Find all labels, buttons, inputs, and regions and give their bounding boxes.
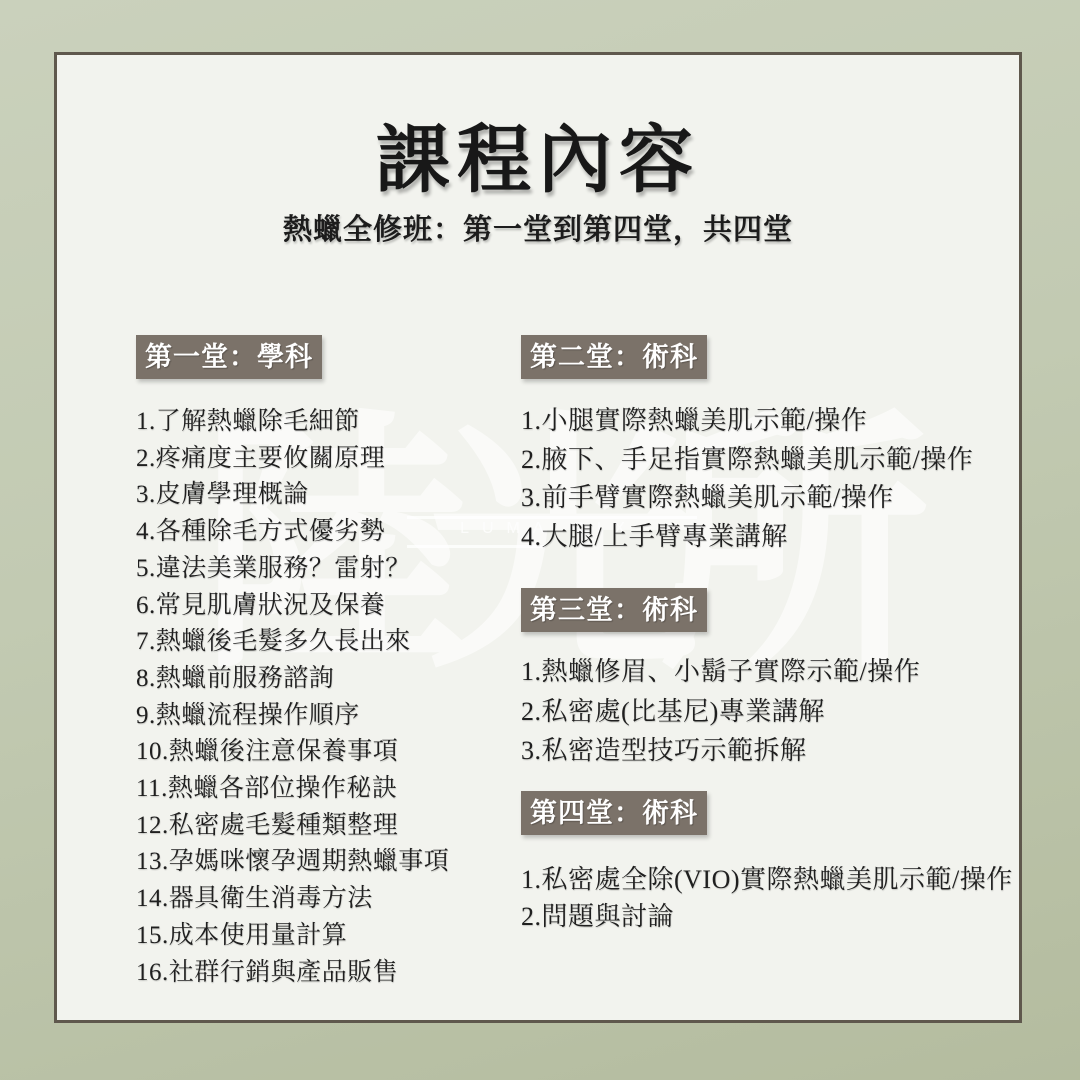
list-item: 15.成本使用量計算 bbox=[136, 918, 508, 955]
lesson-3-section: 第三堂：術科 1.熱蠟修眉、小鬍子實際示範/操作 2.私密處(比基尼)專業講解 … bbox=[521, 588, 991, 771]
lesson-4-header-badge: 第四堂：術科 bbox=[521, 791, 707, 835]
lesson-3-header-badge: 第三堂：術科 bbox=[521, 588, 707, 632]
list-item: 12.私密處毛髮種類整理 bbox=[136, 808, 508, 845]
list-item: 3.前手臂實際熱蠟美肌示範/操作 bbox=[521, 479, 991, 518]
list-item: 3.皮膚學理概論 bbox=[136, 477, 508, 514]
list-item: 1.私密處全除(VIO)實際熱蠟美肌示範/操作 bbox=[521, 861, 991, 898]
list-item: 16.社群行銷與產品販售 bbox=[136, 955, 508, 992]
list-item: 1.了解熱蠟除毛細節 bbox=[136, 404, 508, 441]
list-item: 2.問題與討論 bbox=[521, 898, 991, 935]
list-item: 4.各種除毛方式優劣勢 bbox=[136, 514, 508, 551]
poster-background: { "poster": { "title": "課程內容", "subtitle… bbox=[0, 0, 1080, 1080]
page-subtitle: 熱蠟全修班：第一堂到第四堂，共四堂 bbox=[57, 207, 1019, 248]
list-item: 5.違法美業服務？雷射？ bbox=[136, 551, 508, 588]
list-item: 2.腋下、手足指實際熱蠟美肌示範/操作 bbox=[521, 441, 991, 480]
list-item: 8.熱蠟前服務諮詢 bbox=[136, 661, 508, 698]
lesson-1-section: 第一堂：學科 1.了解熱蠟除毛細節 2.疼痛度主要攸關原理 3.皮膚學理概論 4… bbox=[136, 335, 508, 991]
lesson-4-item-list: 1.私密處全除(VIO)實際熱蠟美肌示範/操作 2.問題與討論 bbox=[521, 861, 991, 935]
list-item: 9.熱蠟流程操作順序 bbox=[136, 698, 508, 735]
lesson-3-item-list: 1.熱蠟修眉、小鬍子實際示範/操作 2.私密處(比基尼)專業講解 3.私密造型技… bbox=[521, 652, 991, 771]
list-item: 2.私密處(比基尼)專業講解 bbox=[521, 692, 991, 732]
list-item: 7.熱蠟後毛髮多久長出來 bbox=[136, 624, 508, 661]
list-item: 11.熱蠟各部位操作秘訣 bbox=[136, 771, 508, 808]
lesson-1-header-badge: 第一堂：學科 bbox=[136, 335, 322, 379]
lesson-2-header-badge: 第二堂：術科 bbox=[521, 335, 707, 379]
list-item: 13.孕媽咪懷孕週期熱蠟事項 bbox=[136, 844, 508, 881]
lesson-4-section: 第四堂：術科 1.私密處全除(VIO)實際熱蠟美肌示範/操作 2.問題與討論 bbox=[521, 791, 991, 935]
list-item: 1.小腿實際熱蠟美肌示範/操作 bbox=[521, 402, 991, 441]
list-item: 1.熱蠟修眉、小鬍子實際示範/操作 bbox=[521, 652, 991, 692]
lesson-2-section: 第二堂：術科 1.小腿實際熱蠟美肌示範/操作 2.腋下、手足指實際熱蠟美肌示範/… bbox=[521, 335, 991, 556]
list-item: 4.大腿/上手臂專業講解 bbox=[521, 518, 991, 557]
list-item: 14.器具衛生消毒方法 bbox=[136, 881, 508, 918]
list-item: 10.熱蠟後注意保養事項 bbox=[136, 734, 508, 771]
lesson-1-item-list: 1.了解熱蠟除毛細節 2.疼痛度主要攸關原理 3.皮膚學理概論 4.各種除毛方式… bbox=[136, 404, 508, 991]
page-title: 課程內容 bbox=[57, 101, 1019, 207]
list-item: 3.私密造型技巧示範拆解 bbox=[521, 731, 991, 771]
content-card: 陸光所 LUMA SIX 課程內容 熱蠟全修班：第一堂到第四堂，共四堂 第一堂：… bbox=[54, 52, 1022, 1023]
list-item: 6.常見肌膚狀況及保養 bbox=[136, 588, 508, 625]
lesson-2-item-list: 1.小腿實際熱蠟美肌示範/操作 2.腋下、手足指實際熱蠟美肌示範/操作 3.前手… bbox=[521, 402, 991, 556]
list-item: 2.疼痛度主要攸關原理 bbox=[136, 441, 508, 478]
